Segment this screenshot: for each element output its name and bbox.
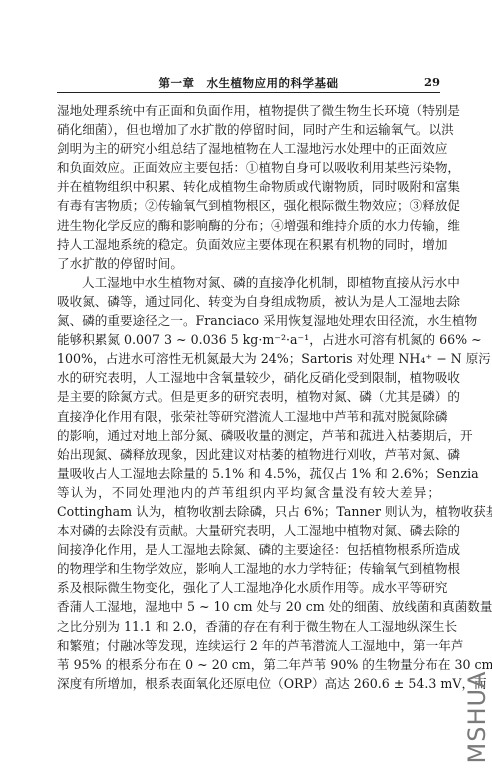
- text-line: 并在植物组织中积累、转化成植物生命物质或代谢物质，同时吸附和富集: [57, 177, 440, 196]
- watermark-text: MSHUA: [463, 671, 491, 764]
- page-header: 第一章 水生植物应用的科学基础 29: [57, 75, 440, 93]
- body-text: 湿地处理系统中有正面和负面作用，植物提供了微生物生长环境（特别是 硝化细菌），但…: [57, 101, 440, 693]
- text-line: 和繁殖；付融冰等发现，连续运行 2 年的芦苇潜流人工湿地中，第一年芦: [57, 636, 440, 655]
- text-line: 苇 95% 的根系分布在 0 ~ 20 cm，第二年芦苇 90% 的生物量分布在…: [57, 655, 440, 674]
- text-line: 湿地处理系统中有正面和负面作用，植物提供了微生物生长环境（特别是: [57, 101, 440, 120]
- text-line: 硝化细菌），但也增加了水扩散的停留时间，同时产生和运输氧气。以洪: [57, 120, 440, 139]
- text-line: 进生物化学反应的酶和影响酶的分布；④增强和维持介质的水力传输，维: [57, 216, 440, 235]
- text-line: 持人工湿地系统的稳定。负面效应主要体现在积累有机物的同时，增加: [57, 235, 440, 254]
- text-line: 的影响，通过对地上部分氮、磷吸收量的测定，芦苇和菰进入枯萎期后，开: [57, 426, 440, 445]
- text-line: 剑明为主的研究小组总结了湿地植物在人工湿地污水处理中的正面效应: [57, 139, 440, 158]
- text-line: 量吸收占人工湿地去除量的 5.1% 和 4.5%，菰仅占 1% 和 2.6%；S…: [57, 464, 440, 483]
- text-line: 的物理学和生物学效应，影响人工湿地的水力学特征；传输氧气到植物根: [57, 559, 440, 578]
- text-line: 吸收氮、磷等，通过同化、转变为自身组成物质，被认为是人工湿地去除: [57, 292, 440, 311]
- text-line: 香蒲人工湿地，湿地中 5 ~ 10 cm 处与 20 cm 处的细菌、放线菌和真…: [57, 597, 440, 616]
- text-line: 是主要的除氮方式。但是更多的研究表明，植物对氮、磷（尤其是磷）的: [57, 387, 440, 406]
- paragraph-end-line: 了水扩散的停留时间。: [57, 254, 440, 273]
- text-line: 之比分别为 11.1 和 2.0，香蒲的存在有利于微生物在人工湿地纵深生长: [57, 617, 440, 636]
- text-line: 氮、磷的重要途径之一。Franciaco 采用恢复湿地处理农田径流，水生植物: [57, 311, 440, 330]
- watermark: MSHUA: [462, 672, 492, 762]
- text-line: 深度有所增加，根系表面氧化还原电位（ORP）高达 260.6 ± 54.3 mV…: [57, 674, 440, 693]
- text-line: 有毒有害物质；②传输氧气到植物根区，强化根际微生物效应；③释放促: [57, 196, 440, 215]
- header-rule: [57, 92, 440, 93]
- text-line: 水的研究表明，人工湿地中含氧量较少，硝化反硝化受到限制，植物吸收: [57, 368, 440, 387]
- text-line: 本对磷的去除没有贡献。大量研究表明，人工湿地中植物对氮、磷去除的: [57, 521, 440, 540]
- paragraph-start-line: 人工湿地中水生植物对氮、磷的直接净化机制，即植物直接从污水中: [57, 273, 440, 292]
- text-line: 和负面效应。正面效应主要包括：①植物自身可以吸收利用某些污染物，: [57, 158, 440, 177]
- text-line: 100%，占进水可溶性无机氮最大为 24%；Sartoris 对处理 NH₄⁺ …: [57, 349, 440, 368]
- text-line: 等认为，不同处理池内的芦苇组织内平均氮含量没有较大差异；: [57, 483, 440, 502]
- page-number: 29: [424, 75, 440, 89]
- text-line: 间接净化作用，是人工湿地去除氮、磷的主要途径：包括植物根系所造成: [57, 540, 440, 559]
- running-title: 第一章 水生植物应用的科学基础: [57, 75, 440, 91]
- text-line: 系及根际微生物变化，强化了人工湿地净化水质作用等。成水平等研究: [57, 578, 440, 597]
- text-line: 能够积累氮 0.007 3 ~ 0.036 5 kg·m⁻²·a⁻¹，占进水可溶…: [57, 330, 440, 349]
- text-line: 直接净化作用有限，张荣社等研究潜流人工湿地中芦苇和菰对脱氮除磷: [57, 407, 440, 426]
- text-line: Cottingham 认为，植物收割去除磷，只占 6%；Tanner 则认为，植…: [57, 502, 440, 521]
- text-line: 始出现氮、磷释放现象，因此建议对枯萎的植物进行刈收，芦苇对氮、磷: [57, 445, 440, 464]
